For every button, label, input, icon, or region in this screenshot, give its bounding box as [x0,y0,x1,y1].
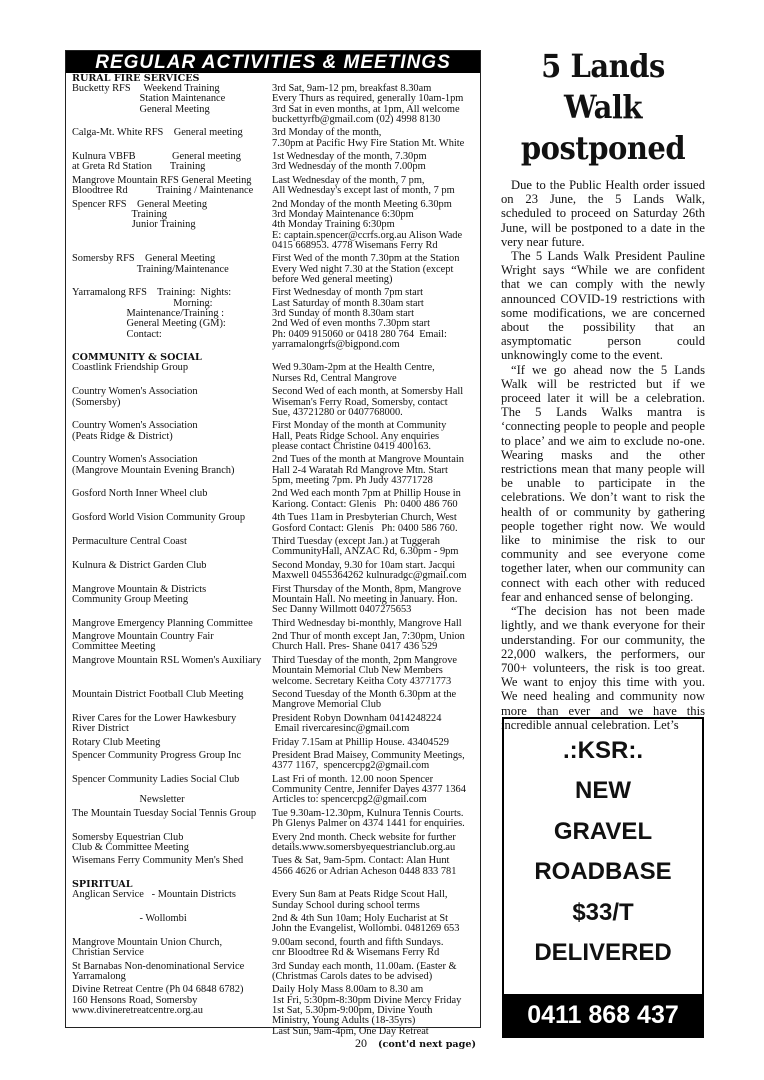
continued-note: (cont'd next page) [72,1040,476,1050]
activity-row: Mountain District Football Club MeetingS… [72,690,476,711]
activity-row: Spencer RFS General Meeting Training Jun… [72,200,476,251]
activity-name: Kulnura VBFB General meeting at Greta Rd… [72,152,272,173]
activity-details: Third Tuesday (except Jan.) at Tuggerah … [272,537,476,558]
activity-details: 3rd Monday of the month, 7.30pm at Pacif… [272,128,476,149]
activity-row: Coastlink Friendship GroupWed 9.30am-2pm… [72,363,476,384]
activity-details: Second Wed of each month, at Somersby Ha… [272,387,476,418]
activity-details: First Wed of the month 7.30pm at the Sta… [272,254,476,285]
activity-row: St Barnabas Non-denominational Service Y… [72,962,476,983]
activity-details: Daily Holy Mass 8.00am to 8.30 am 1st Fr… [272,985,476,1036]
activity-row: The Mountain Tuesday Social Tennis Group… [72,809,476,830]
activity-row: Kulnura VBFB General meeting at Greta Rd… [72,152,476,173]
section-rows: Anglican Service - Mountain DistrictsEve… [72,890,476,1037]
activity-details: 2nd Tues of the month at Mangrove Mounta… [272,455,476,486]
activity-name: Divine Retreat Centre (Ph 04 6848 6782) … [72,985,272,1036]
activity-name: Yarramalong RFS Training: Nights: Mornin… [72,288,272,350]
activity-name: Anglican Service - Mountain Districts [72,890,272,911]
activity-row: River Cares for the Lower Hawkesbury Riv… [72,714,476,735]
activity-details: 2nd Thur of month except Jan, 7:30pm, Un… [272,632,476,653]
activity-name: Coastlink Friendship Group [72,363,272,384]
activity-details: Tue 9.30am-12.30pm, Kulnura Tennis Court… [272,809,476,830]
headline-line: postponed [501,128,705,169]
activity-row: Bucketty RFS Weekend Training Station Ma… [72,84,476,125]
ksr-advertisement: .:KSR:. NEW GRAVEL ROADBASE $33/T DELIVE… [502,717,704,1038]
article-paragraph: Due to the Public Health order issued on… [501,178,705,249]
activity-name: Rotary Club Meeting [72,738,272,748]
activity-details: Every 2nd month. Check website for furth… [272,833,476,854]
activity-row: Mangrove Mountain Country Fair Committee… [72,632,476,653]
section-rows: Coastlink Friendship GroupWed 9.30am-2pm… [72,363,476,877]
activity-details: Every Sun 8am at Peats Ridge Scout Hall,… [272,890,476,911]
news-article: 5 Lands Walk postponed Due to the Public… [501,50,705,732]
activity-name: Mountain District Football Club Meeting [72,690,272,711]
activity-name: Mangrove Mountain & Districts Community … [72,585,272,616]
activity-row: Gosford North Inner Wheel club2nd Wed ea… [72,489,476,510]
page-number: 20 [355,1036,367,1051]
activity-details: 9.00am second, fourth and fifth Sundays.… [272,938,476,959]
activity-name: Spencer Community Ladies Social Club New… [72,775,272,806]
activity-name: Somersby Equestrian Club Club & Committe… [72,833,272,854]
activity-row: Somersby RFS General Meeting Training/Ma… [72,254,476,285]
activity-row: Divine Retreat Centre (Ph 04 6848 6782) … [72,985,476,1036]
activity-name: Calga-Mt. White RFS General meeting [72,128,272,149]
activity-row: Anglican Service - Mountain DistrictsEve… [72,890,476,911]
activity-row: Mangrove Mountain RFS General Meeting Bl… [72,176,476,197]
box-title: REGULAR ACTIVITIES & MEETINGS [66,51,480,73]
activity-name: - Wollombi [72,914,272,935]
activity-name: Bucketty RFS Weekend Training Station Ma… [72,84,272,125]
activity-row: - Wollombi2nd & 4th Sun 10am; Holy Eucha… [72,914,476,935]
ad-line: DELIVERED [504,933,702,974]
activity-name: St Barnabas Non-denominational Service Y… [72,962,272,983]
activity-name: Country Women's Association (Mangrove Mo… [72,455,272,486]
activity-row: Gosford World Vision Community Group4th … [72,513,476,534]
activity-details: Third Tuesday of the month, 2pm Mangrove… [272,656,476,687]
ad-phone-number: 0411 868 437 [504,994,702,1036]
activity-name: Mangrove Emergency Planning Committee [72,619,272,629]
activity-details: 1st Wednesday of the month, 7.30pm 3rd W… [272,152,476,173]
activity-row: Spencer Community Progress Group IncPres… [72,751,476,772]
article-paragraph: “The decision has not been made lightly,… [501,604,705,732]
article-paragraph: “If we go ahead now the 5 Lands Walk wil… [501,363,705,604]
regular-activities-box: REGULAR ACTIVITIES & MEETINGS RURAL FIRE… [65,50,481,1028]
activity-details: Friday 7.15am at Phillip House. 43404529 [272,738,476,748]
section-rows: Bucketty RFS Weekend Training Station Ma… [72,84,476,350]
activity-details: Wed 9.30am-2pm at the Health Centre, Nur… [272,363,476,384]
activity-details: Second Tuesday of the Month 6.30pm at th… [272,690,476,711]
activity-name: Permaculture Central Coast [72,537,272,558]
ad-line: GRAVEL [504,812,702,853]
activity-details: 4th Tues 11am in Presbyterian Church, We… [272,513,476,534]
activity-row: Mangrove Mountain & Districts Community … [72,585,476,616]
ad-price: $33/T [504,893,702,934]
activity-details: Second Monday, 9.30 for 10am start. Jacq… [272,561,476,582]
activity-row: Yarramalong RFS Training: Nights: Mornin… [72,288,476,350]
activity-row: Calga-Mt. White RFS General meeting3rd M… [72,128,476,149]
activity-row: Rotary Club MeetingFriday 7.15am at Phil… [72,738,476,748]
activity-name: The Mountain Tuesday Social Tennis Group [72,809,272,830]
activity-details: President Robyn Downham 0414248224 Email… [272,714,476,735]
activity-row: Wisemans Ferry Community Men's ShedTues … [72,856,476,877]
activity-details: First Thursday of the Month, 8pm, Mangro… [272,585,476,616]
activity-name: Wisemans Ferry Community Men's Shed [72,856,272,877]
activity-row: Country Women's Association (Mangrove Mo… [72,455,476,486]
activity-row: Mangrove Mountain RSL Women's AuxiliaryT… [72,656,476,687]
activity-row: Mangrove Mountain Union Church, Christia… [72,938,476,959]
headline-line: 5 Lands Walk [501,45,705,127]
article-headline: 5 Lands Walk postponed [501,45,705,168]
activity-name: Spencer RFS General Meeting Training Jun… [72,200,272,251]
activity-details: Last Fri of month. 12.00 noon Spencer Co… [272,775,476,806]
activity-details: 3rd Sunday each month, 11.00am. (Easter … [272,962,476,983]
activity-details: 3rd Sat, 9am-12 pm, breakfast 8.30am Eve… [272,84,476,125]
activity-row: Country Women's Association (Somersby)Se… [72,387,476,418]
activity-details: 2nd & 4th Sun 10am; Holy Eucharist at St… [272,914,476,935]
activity-row: Kulnura & District Garden ClubSecond Mon… [72,561,476,582]
ad-line: ROADBASE [504,852,702,893]
activities-list: RURAL FIRE SERVICES Bucketty RFS Weekend… [66,74,480,1050]
activity-name: Somersby RFS General Meeting Training/Ma… [72,254,272,285]
activity-details: Third Wednesday bi-monthly, Mangrove Hal… [272,619,476,629]
activity-name: Mangrove Mountain Union Church, Christia… [72,938,272,959]
activity-name: Country Women's Association (Somersby) [72,387,272,418]
activity-name: River Cares for the Lower Hawkesbury Riv… [72,714,272,735]
activity-name: Mangrove Mountain RSL Women's Auxiliary [72,656,272,687]
activity-row: Spencer Community Ladies Social Club New… [72,775,476,806]
activity-name: Kulnura & District Garden Club [72,561,272,582]
activity-name: Country Women's Association (Peats Ridge… [72,421,272,452]
activity-row: Somersby Equestrian Club Club & Committe… [72,833,476,854]
activity-details: President Brad Maisey, Community Meeting… [272,751,476,772]
activity-row: Country Women's Association (Peats Ridge… [72,421,476,452]
activity-name: Spencer Community Progress Group Inc [72,751,272,772]
activity-details: First Wednesday of month 7pm start Last … [272,288,476,350]
activity-details: 2nd Monday of the month Meeting 6.30pm 3… [272,200,476,251]
activity-details: Last Wednesday of the month, 7 pm, All W… [272,176,476,197]
article-paragraph: The 5 Lands Walk President Pauline Wrigh… [501,249,705,363]
activity-name: Gosford North Inner Wheel club [72,489,272,510]
activity-row: Permaculture Central CoastThird Tuesday … [72,537,476,558]
activity-details: First Monday of the month at Community H… [272,421,476,452]
ad-line: NEW [504,771,702,812]
activity-name: Mangrove Mountain RFS General Meeting Bl… [72,176,272,197]
ad-logo: .:KSR:. [504,731,702,771]
activity-details: Tues & Sat, 9am-5pm. Contact: Alan Hunt … [272,856,476,877]
activity-details: 2nd Wed each month 7pm at Phillip House … [272,489,476,510]
activity-row: Mangrove Emergency Planning CommitteeThi… [72,619,476,629]
activity-name: Mangrove Mountain Country Fair Committee… [72,632,272,653]
activity-name: Gosford World Vision Community Group [72,513,272,534]
article-body: Due to the Public Health order issued on… [501,178,705,732]
